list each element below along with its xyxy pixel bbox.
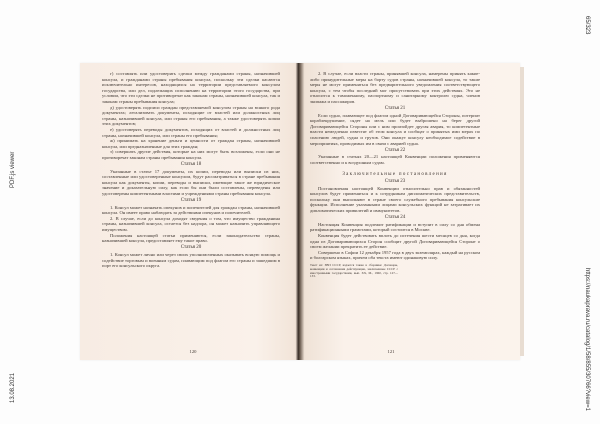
article-heading: Статья 19	[102, 198, 280, 204]
book-spread-scan: г) составлять или удостоверять сделки ме…	[80, 63, 520, 360]
paragraph: Положения настоящей статьи применяются, …	[102, 233, 280, 244]
article-heading: Статья 24	[310, 215, 480, 221]
paragraph: Постановления настоящей Конвенции относи…	[310, 186, 480, 214]
source-url: https://naukaprava.ru/catalog/1/58/855/3…	[584, 268, 590, 411]
section-heading: Заключительные постановления	[310, 172, 480, 178]
article-heading: Статья 18	[102, 162, 280, 168]
print-date: 13.08.2021	[10, 373, 16, 403]
left-page: г) составлять или удостоверять сделки ме…	[102, 71, 280, 368]
paragraph: е) удостоверять переводы документов, исх…	[102, 127, 280, 138]
paragraph: 1. Консул может лично или через своих уп…	[102, 252, 280, 269]
footnote: Текст из: ЗВП СССР, издается также в сбо…	[310, 264, 398, 279]
article-heading: Статья 20	[102, 245, 280, 251]
paragraph: 2. В случае, если до консула доходят све…	[102, 216, 280, 233]
viewer-label: PDF.js viewer	[10, 152, 16, 188]
page-edge	[520, 67, 524, 356]
article-heading: Статья 23	[310, 179, 480, 185]
paragraph: д) удостоверять подписи граждан представ…	[102, 105, 280, 127]
paragraph: Совершено в Софии 12 декабря 1957 года в…	[310, 250, 480, 261]
paragraph: ж) принимать на хранение деньги и ценнос…	[102, 138, 280, 149]
paragraph: з) совершать другие действия, которые на…	[102, 149, 280, 160]
paragraph: 2. В случае, если власти страны, принявш…	[310, 71, 480, 105]
paragraph: Конвенция будет действовать вплоть до ис…	[310, 233, 480, 250]
paragraph: Указанные в статьях 20—21 настоящей Конв…	[310, 154, 480, 165]
page-number-right: 121	[371, 349, 411, 354]
right-page: 2. В случае, если власти страны, принявш…	[310, 71, 480, 368]
paragraph: 1. Консул может назначать опекунов и поп…	[102, 205, 280, 216]
paragraph: Указанные в статье 17 документы, их копи…	[102, 169, 280, 197]
page-counter: 65/323	[584, 16, 590, 34]
page-number-left: 120	[173, 349, 213, 354]
article-heading: Статья 22	[310, 148, 480, 154]
article-heading: Статья 21	[310, 106, 480, 112]
paragraph: Настоящая Конвенция подлежит ратификации…	[310, 222, 480, 233]
paragraph: Если судно, плавающее под флагом одной Д…	[310, 113, 480, 147]
paragraph: г) составлять или удостоверять сделки ме…	[102, 71, 280, 105]
